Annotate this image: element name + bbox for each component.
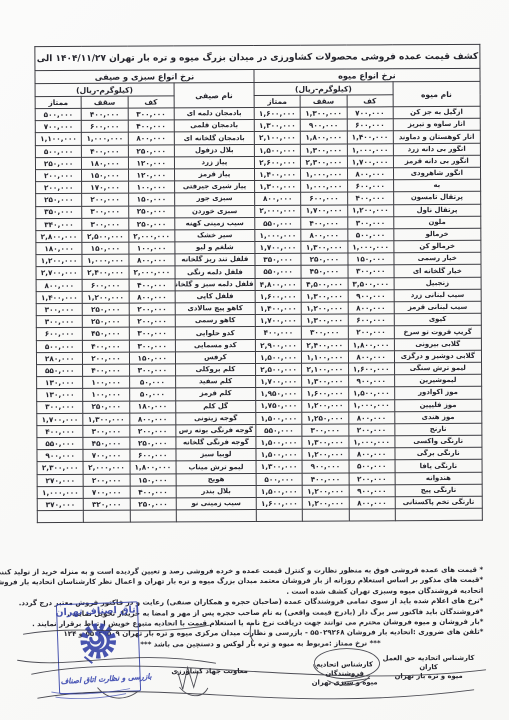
veg-max-cell: ۳۲۰,۰۰۰ xyxy=(84,498,130,510)
column-header-fruit-premium: ممتاز xyxy=(254,95,300,107)
document-title: کشف قیمت عمده فروشی محصولات کشاورزی در م… xyxy=(35,44,480,70)
fruit-max-cell: ۱,۶۰۰,۰۰۰ xyxy=(302,387,348,399)
fruit-min-cell: ۸۰۰,۰۰۰ xyxy=(348,448,394,460)
veg-min-cell: ۲۵۰,۰۰۰ xyxy=(130,437,176,449)
fruit-name-cell: نارنگی برگی xyxy=(395,448,482,461)
fruit-min-cell: ۸۰۰,۰۰۰ xyxy=(348,302,394,314)
veg-premium-cell: ۵۵۰,۰۰۰ xyxy=(37,437,83,449)
veg-premium-cell: ۳۰۰,۰۰۰ xyxy=(36,316,82,328)
fruit-max-cell: ۱,۸۰۰,۰۰۰ xyxy=(301,131,347,143)
veg-name-cell: فلفل دلمه سبز و گلخانه xyxy=(175,278,255,291)
veg-max-cell: ۲۰۰,۰۰۰ xyxy=(82,193,128,205)
veg-premium-cell: ۲۰۰,۰۰۰ xyxy=(35,169,81,181)
fruit-premium-cell: ۱,۵۰۰,۰۰۰ xyxy=(254,144,300,156)
fruit-min-cell: ۱,۰۰۰,۰۰۰ xyxy=(348,436,394,448)
veg-max-cell: ۳۰۰,۰۰۰ xyxy=(82,218,128,230)
veg-min-cell: ۱۵۰,۰۰۰ xyxy=(129,352,175,364)
fruit-premium-cell: ۱,۷۰۰,۰۰۰ xyxy=(255,375,301,387)
veg-min-cell: ۲۰۰,۰۰۰ xyxy=(129,425,175,437)
veg-name-cell: کلم قرمز xyxy=(176,388,256,401)
fruit-min-cell: ۳۰۰,۰۰۰ xyxy=(347,216,393,228)
fruit-name-cell: هندوانه xyxy=(395,472,482,485)
fruit-name-cell: نارنج xyxy=(395,423,482,436)
fruit-premium-cell: ۱,۶۰۰,۰۰۰ xyxy=(255,290,301,302)
signature-block-agriculture-jihad: معاونت جهاد کشاورزی xyxy=(170,667,250,677)
veg-premium-cell: ۶۰۰,۰۰۰ xyxy=(36,328,82,340)
fruit-name-cell: زنجبیل xyxy=(394,277,481,290)
fruit-name-cell: لیموشیرین xyxy=(394,374,481,387)
veg-max-cell: ۴۰۰,۰۰۰ xyxy=(83,340,129,352)
fruit-name-cell: نارنگی پیج xyxy=(395,484,482,497)
veg-premium-cell: ۲,۷۰۰,۰۰۰ xyxy=(36,267,82,279)
veg-premium-cell: ۲,۸۰۰,۰۰۰ xyxy=(36,230,82,242)
veg-max-cell: ۷۰۰,۰۰۰ xyxy=(83,449,129,461)
fruit-premium-cell: ۱,۰۰۰,۰۰۰ xyxy=(255,229,301,241)
veg-min-cell: ۱۰۰,۰۰۰ xyxy=(128,181,174,193)
fruit-name-cell: انار ساوه و تبریز xyxy=(393,119,480,132)
veg-min-cell: ۲,۰۰۰,۰۰۰ xyxy=(129,266,175,278)
fruit-min-cell: ۲۰۰,۰۰۰ xyxy=(348,424,394,436)
veg-min-cell: ۲,۰۰۰,۰۰۰ xyxy=(128,230,174,242)
veg-name-cell: سیر خشک xyxy=(175,229,255,242)
signature-block-commission-agents: کارشناس اتحادیه حق العمل کاران میوه و تر… xyxy=(381,654,477,682)
veg-name-cell: سبزی جور xyxy=(175,193,255,206)
veg-max-cell: ۳۰۰,۰۰۰ xyxy=(82,206,128,218)
veg-max-cell: ۱,۳۰۰,۰۰۰ xyxy=(83,413,129,425)
fruit-max-cell: ۱,۳۰۰,۰۰۰ xyxy=(301,290,347,302)
fruit-min-cell: ۱,۰۰۰,۰۰۰ xyxy=(348,399,394,411)
fruit-min-cell: ۶۰۰,۰۰۰ xyxy=(348,314,394,326)
veg-min-cell: ۲۵۰,۰۰۰ xyxy=(128,205,174,217)
veg-min-cell: ۱۲۰,۰۰۰ xyxy=(128,169,174,181)
fruit-max-cell: ۳۰۰,۰۰۰ xyxy=(302,424,348,436)
fruit-name-cell: گلابی بیرونی xyxy=(394,338,481,351)
veg-max-cell: ۳۰۰,۰۰۰ xyxy=(83,425,129,437)
veg-min-cell: ۵۰,۰۰۰ xyxy=(129,388,175,400)
veg-name-cell: پیاز شیری جیرفتی xyxy=(174,181,254,194)
veg-name-cell: کاهو پیچ سالادی xyxy=(175,302,255,315)
veg-min-cell: ۴۰۰,۰۰۰ xyxy=(128,120,174,132)
signature-label: کارشناس اتحادیه حق العمل کاران xyxy=(381,654,477,673)
veg-max-cell: ۶۰۰,۰۰۰ xyxy=(82,279,128,291)
fruit-max-cell: ۲,۱۰۰,۰۰۰ xyxy=(302,363,348,375)
fruit-min-cell: ۳,۵۰۰,۰۰۰ xyxy=(348,277,394,289)
fruit-premium-cell: ۱,۳۰۰,۰۰۰ xyxy=(254,180,300,192)
fruit-premium-cell: ۵۰۰,۰۰۰ xyxy=(256,473,302,485)
fruit-premium-cell: ۴,۸۰۰,۰۰۰ xyxy=(255,278,301,290)
fruit-max-cell xyxy=(302,509,348,521)
veg-max-cell: ۲,۵۰۰,۰۰۰ xyxy=(82,230,128,242)
veg-name-cell: بادمجان دلمه ای xyxy=(174,107,254,120)
veg-premium-cell: ۹۰۰,۰۰۰ xyxy=(37,450,83,462)
fruit-min-cell: ۱,۰۰۰,۰۰۰ xyxy=(347,241,393,253)
signature-block-sellers-union: کارشناس اتحادیه فروشندگان میوه و سبزی ته… xyxy=(301,660,389,688)
veg-premium-cell: ۲۵۰,۰۰۰ xyxy=(36,194,82,206)
veg-name-cell: بادمجان گلخانه ای xyxy=(174,132,254,145)
fruit-min-cell: ۲۰۰,۰۰۰ xyxy=(349,472,395,484)
fruit-premium-cell: ۱,۵۰۰,۰۰۰ xyxy=(255,351,301,363)
veg-name-cell: هویج xyxy=(176,473,256,486)
fruit-max-cell: ۱,۲۵۰,۰۰۰ xyxy=(302,412,348,424)
fruit-max-cell: ۱,۰۰۰,۰۰۰ xyxy=(301,180,347,192)
veg-premium-cell: ۲۷۰,۰۰۰ xyxy=(37,474,83,486)
veg-name-cell: گوجه فرنگی گلخانه xyxy=(176,437,256,450)
column-header-veg-premium: ممتاز xyxy=(35,96,81,108)
fruit-name-cell: نارنگی یافا xyxy=(395,460,482,473)
fruit-name-cell: گلابی دوشیز و درگزی xyxy=(394,350,481,363)
veg-max-cell: ۴۵۰,۰۰۰ xyxy=(83,328,129,340)
fruit-name-cell: به xyxy=(393,179,480,192)
fruit-min-cell: ۱,۸۰۰,۰۰۰ xyxy=(348,338,394,350)
fruit-premium-cell: ۱,۵۰۰,۰۰۰ xyxy=(256,485,302,497)
fruit-premium-cell: ۱,۵۰۰,۰۰۰ xyxy=(256,449,302,461)
veg-premium-cell: ۵۰۰,۰۰۰ xyxy=(36,340,82,352)
veg-premium-cell: ۴۰۰,۰۰۰ xyxy=(37,425,83,437)
fruit-premium-cell: ۱,۷۵۰,۰۰۰ xyxy=(256,400,302,412)
fruit-name-cell: موز فلیپین xyxy=(395,399,482,412)
veg-name-cell: سیب زمینی کهنه xyxy=(175,217,255,230)
fruit-premium-cell: ۱,۷۰۰,۰۰۰ xyxy=(255,314,301,326)
fruit-max-cell: ۳۰۰,۰۰۰ xyxy=(302,326,348,338)
veg-min-cell: ۳۰۰,۰۰۰ xyxy=(129,364,175,376)
price-table-header: کشف قیمت عمده فروشی محصولات کشاورزی در م… xyxy=(35,44,480,108)
fruit-name-cell: لیمو ترش سنگی xyxy=(394,362,481,375)
fruit-name-cell: موز اکوادور xyxy=(394,387,481,400)
veg-name-cell: فلفل دلمه رنگی xyxy=(175,266,255,279)
fruit-max-cell: ۶۰۰,۰۰۰ xyxy=(301,192,347,204)
fruit-max-cell: ۱,۲۰۰,۰۰۰ xyxy=(302,448,348,460)
veg-min-cell: ۳۰۰,۰۰۰ xyxy=(128,108,174,120)
veg-min-cell: ۱۲۰,۰۰۰ xyxy=(128,157,174,169)
fruit-min-cell: ۱,۶۰۰,۰۰۰ xyxy=(348,363,394,375)
veg-min-cell: ۲۰۰,۰۰۰ xyxy=(129,303,175,315)
veg-name-cell: کاهو رسمی xyxy=(175,315,255,328)
fruit-name-cell: انگور بی دانه زرد xyxy=(393,143,480,156)
fruit-min-cell: ۶۰۰,۰۰۰ xyxy=(347,180,393,192)
fruit-name-cell: کیوی xyxy=(394,314,481,327)
veg-name-cell: لوبیا سبز xyxy=(176,449,256,462)
fruit-min-cell: ۶۰۰,۰۰۰ xyxy=(347,119,393,131)
fruit-max-cell: ۱,۲۰۰,۰۰۰ xyxy=(302,497,348,509)
veg-min-cell: ۱۵۰,۰۰۰ xyxy=(130,474,176,486)
fruit-premium-cell: ۱,۹۵۰,۰۰۰ xyxy=(256,388,302,400)
veg-max-cell: ۲۵۰,۰۰۰ xyxy=(83,315,129,327)
fruit-premium-cell: ۱,۷۰۰,۰۰۰ xyxy=(255,241,301,253)
fruit-min-cell: ۹۰۰,۰۰۰ xyxy=(348,290,394,302)
price-table: کشف قیمت عمده فروشی محصولات کشاورزی در م… xyxy=(34,44,482,524)
veg-name-cell: کلم بروکلی xyxy=(175,363,255,376)
veg-max-cell: ۲۰۰,۰۰۰ xyxy=(83,352,129,364)
fruit-min-cell: ۱,۲۰۰,۰۰۰ xyxy=(347,204,393,216)
fruit-min-cell: ۱,۰۰۰,۰۰۰ xyxy=(347,143,393,155)
fruit-name-cell: انار کوهستان و دماوند xyxy=(393,131,480,144)
veg-min-cell: ۲۰۰,۰۰۰ xyxy=(129,315,175,327)
veg-min-cell: ۴۰۰,۰۰۰ xyxy=(130,486,176,498)
veg-max-cell: ۲۵۰,۰۰۰ xyxy=(83,401,129,413)
veg-name-cell: سبزی خوردن xyxy=(175,205,255,218)
veg-premium-cell: ۵۰۰,۰۰۰ xyxy=(35,145,81,157)
veg-max-cell: ۴۰۰,۰۰۰ xyxy=(82,145,128,157)
fruit-min-cell: ۲۰۰,۰۰۰ xyxy=(348,326,394,338)
veg-name-cell: گل کلم xyxy=(176,400,256,413)
fruit-premium-cell: ۱,۵۰۰,۰۰۰ xyxy=(256,436,302,448)
veg-premium-cell: ۱,۴۰۰,۰۰۰ xyxy=(36,291,82,303)
veg-name-cell: پیاز زرد xyxy=(174,156,254,169)
column-header-veg-name: نام صیفی xyxy=(174,82,254,107)
fruit-premium-cell: ۸۰۰,۰۰۰ xyxy=(255,193,301,205)
fruit-premium-cell: ۵۵۰,۰۰۰ xyxy=(256,424,302,436)
fruit-name-cell: انگور شاهرودی xyxy=(393,167,480,180)
veg-premium-cell: ۵۰۰,۰۰۰ xyxy=(35,108,81,120)
section-header-veg: نرخ انواع سبزی و صیفی xyxy=(35,69,254,83)
unit-label-veg: (کیلوگرم-ریال) xyxy=(35,83,174,97)
veg-max-cell: ۴۰۰,۰۰۰ xyxy=(83,364,129,376)
veg-max-cell: ۱۰۰,۰۰۰ xyxy=(83,388,129,400)
fruit-name-cell: سیب لبنانی زرد xyxy=(394,289,481,302)
veg-premium-cell: ۱,۰۰۰,۰۰۰ xyxy=(37,486,83,498)
veg-max-cell: ۴۰۰,۰۰۰ xyxy=(81,108,127,120)
fruit-max-cell: ۱,۳۰۰,۰۰۰ xyxy=(302,375,348,387)
veg-max-cell: ۱,۲۰۰,۰۰۰ xyxy=(82,291,128,303)
fruit-premium-cell: ۵۵۰,۰۰۰ xyxy=(255,266,301,278)
veg-name-cell: کدو حلوایی xyxy=(175,327,255,340)
veg-premium-cell: ۳۰۰,۰۰۰ xyxy=(36,303,82,315)
veg-max-cell: ۱,۰۰۰,۰۰۰ xyxy=(82,133,128,145)
fruit-name-cell xyxy=(395,508,482,521)
fruit-max-cell: ۲,۳۰۰,۰۰۰ xyxy=(301,156,347,168)
fruit-min-cell: ۱,۴۰۰,۰۰۰ xyxy=(347,131,393,143)
fruit-max-cell: ۸۰۰,۰۰۰ xyxy=(301,229,347,241)
fruit-min-cell: ۱,۷۰۰,۰۰۰ xyxy=(347,156,393,168)
fruit-min-cell: ۴۰۰,۰۰۰ xyxy=(347,192,393,204)
veg-max-cell: ۶۰۰,۰۰۰ xyxy=(82,120,128,132)
veg-max-cell: ۱۵۰,۰۰۰ xyxy=(82,169,128,181)
fruit-max-cell: ۱,۳۰۰,۰۰۰ xyxy=(301,241,347,253)
veg-min-cell: ۳۰۰,۰۰۰ xyxy=(129,339,175,351)
veg-min-cell: ۱,۸۰۰,۰۰۰ xyxy=(130,461,176,473)
fruit-min-cell: ۱,۵۰۰,۰۰۰ xyxy=(348,387,394,399)
veg-name-cell: بلال دزفول xyxy=(174,144,254,157)
signature-label: کارشناس اتحادیه فروشندگان xyxy=(301,660,389,679)
veg-premium-cell: ۳۴۰,۰۰۰ xyxy=(36,218,82,230)
fruit-min-cell: ۸۰۰,۰۰۰ xyxy=(348,351,394,363)
column-header-fruit-name: نام میوه xyxy=(393,81,480,106)
veg-min-cell: ۱۰۰,۰۰۰ xyxy=(128,242,174,254)
veg-name-cell xyxy=(176,510,256,523)
document-body: کشف قیمت عمده فروشی محصولات کشاورزی در م… xyxy=(0,0,509,720)
fruit-max-cell: ۱,۳۰۰,۰۰۰ xyxy=(300,107,346,119)
veg-max-cell: ۱۰۰,۰۰۰ xyxy=(83,376,129,388)
table-row xyxy=(37,508,482,523)
fruit-max-cell: ۱,۱۰۰,۰۰۰ xyxy=(302,351,348,363)
fruit-name-cell: ازگیل به جز کن xyxy=(393,106,480,119)
veg-max-cell: ۴۵۰,۰۰۰ xyxy=(83,437,129,449)
veg-min-cell: ۵۰,۰۰۰ xyxy=(129,376,175,388)
fruit-max-cell: ۱,۲۰۰,۰۰۰ xyxy=(301,302,347,314)
fruit-max-cell: ۱,۳۰۰,۰۰۰ xyxy=(301,144,347,156)
veg-max-cell: ۱۸۰,۰۰۰ xyxy=(82,157,128,169)
veg-min-cell: ۲۵۰,۰۰۰ xyxy=(130,498,176,510)
column-header-fruit-min: کف xyxy=(347,95,393,107)
fruit-max-cell: ۱,۲۰۰,۰۰۰ xyxy=(302,400,348,412)
fruit-name-cell: خیار گلخانه ای xyxy=(394,265,481,278)
veg-min-cell: ۸۰۰,۰۰۰ xyxy=(129,254,175,266)
fruit-min-cell: ۵۰۰,۰۰۰ xyxy=(349,460,395,472)
veg-min-cell: ۱۸۰,۰۰۰ xyxy=(129,400,175,412)
fruit-max-cell: ۱,۳۰۰,۰۰۰ xyxy=(301,314,347,326)
veg-premium-cell: ۱۸۰,۰۰۰ xyxy=(36,242,82,254)
veg-premium-cell: ۳۷۰,۰۰۰ xyxy=(37,498,83,510)
veg-premium-cell: ۱۳۰,۰۰۰ xyxy=(37,389,83,401)
gear-logo-icon xyxy=(74,616,122,668)
veg-max-cell: ۱,۰۰۰,۰۰۰ xyxy=(82,254,128,266)
fruit-premium-cell: ۲,۱۰۰,۰۰۰ xyxy=(254,132,300,144)
veg-premium-cell: ۷۰۰,۰۰۰ xyxy=(35,121,81,133)
fruit-max-cell: ۴,۵۰۰,۰۰۰ xyxy=(301,278,347,290)
fruit-name-cell: خرمالو xyxy=(394,228,481,241)
column-header-veg-min: کف xyxy=(128,96,174,108)
fruit-max-cell: ۹۰۰,۰۰۰ xyxy=(300,119,346,131)
signature-label: معاونت جهاد کشاورزی xyxy=(170,667,250,677)
veg-max-cell: ۲,۰۰۰,۰۰۰ xyxy=(83,462,129,474)
fruit-min-cell: ۸۰۰,۰۰۰ xyxy=(347,168,393,180)
fruit-name-cell: موز هندی xyxy=(395,411,482,424)
fruit-premium-cell: ۱,۵۰۰,۰۰۰ xyxy=(256,412,302,424)
column-header-fruit-max: سقف xyxy=(300,95,346,107)
fruit-premium-cell: ۱,۳۰۰,۰۰۰ xyxy=(256,461,302,473)
veg-max-cell: ۲۵۰,۰۰۰ xyxy=(83,303,129,315)
fruit-premium-cell: ۲,۵۰۰,۰۰۰ xyxy=(255,363,301,375)
fruit-premium-cell: ۵۵۰,۰۰۰ xyxy=(255,217,301,229)
fruit-min-cell: ۷۰۰,۰۰۰ xyxy=(347,107,393,119)
veg-name-cell: بادمجان قلمی xyxy=(174,120,254,133)
veg-premium-cell: ۲۰۰,۰۰۰ xyxy=(36,182,82,194)
veg-name-cell: سیب زمینی نو xyxy=(176,497,256,510)
fruit-min-cell: ۸۰۰,۰۰۰ xyxy=(349,497,395,509)
veg-premium-cell: ۱,۷۰۰,۰۰۰ xyxy=(37,413,83,425)
veg-premium-cell: ۳۵۰,۰۰۰ xyxy=(36,206,82,218)
veg-min-cell: ۶۰۰,۰۰۰ xyxy=(130,449,176,461)
veg-min-cell: ۸۰۰,۰۰۰ xyxy=(129,413,175,425)
fruit-premium-cell: ۱,۶۰۰,۰۰۰ xyxy=(254,107,300,119)
veg-premium-cell: ۱۳۰,۰۰۰ xyxy=(37,377,83,389)
veg-name-cell: گوجه فرنگی بوته رس xyxy=(176,424,256,437)
fruit-premium-cell: ۱,۴۰۰,۰۰۰ xyxy=(255,302,301,314)
veg-premium-cell: ۲,۳۰۰,۰۰۰ xyxy=(37,462,83,474)
veg-premium-cell: ۲۸۰,۰۰۰ xyxy=(36,352,82,364)
fruit-name-cell: گریپ فروت تو سرخ xyxy=(394,326,481,339)
veg-premium-cell: ۸۰۰,۰۰۰ xyxy=(36,279,82,291)
veg-min-cell: ۱۵۰,۰۰۰ xyxy=(128,193,174,205)
veg-name-cell: گوجه زیتونی xyxy=(176,412,256,425)
fruit-name-cell: پرتقال ناول xyxy=(393,204,480,217)
veg-name-cell: کدو مسمایی xyxy=(175,339,255,352)
veg-min-cell: ۸۰۰,۰۰۰ xyxy=(128,132,174,144)
fruit-min-cell xyxy=(349,509,395,521)
fruit-name-cell: انگور بی دانه قرمز xyxy=(393,155,480,168)
section-header-fruit: نرخ انواع میوه xyxy=(254,68,480,82)
fruit-premium-cell: ۳۵۰,۰۰۰ xyxy=(255,254,301,266)
veg-min-cell xyxy=(130,510,176,522)
fruit-premium-cell: ۴۰۰,۰۰۰ xyxy=(255,327,301,339)
veg-max-cell: ۲۰۰,۰۰۰ xyxy=(83,474,129,486)
veg-min-cell: ۴۰۰,۰۰۰ xyxy=(129,279,175,291)
veg-name-cell: کرفس xyxy=(175,351,255,364)
fruit-premium-cell: ۱,۶۰۰,۰۰۰ xyxy=(256,497,302,509)
fruit-min-cell: ۹۰۰,۰۰۰ xyxy=(349,485,395,497)
veg-name-cell: فلفل کاپی xyxy=(175,290,255,303)
veg-premium-cell xyxy=(37,511,83,523)
veg-name-cell: کلم سفید xyxy=(175,376,255,389)
fruit-max-cell: ۹۰۰,۰۰۰ xyxy=(302,460,348,472)
scanned-document-page: کشف قیمت عمده فروشی محصولات کشاورزی در م… xyxy=(0,0,509,720)
fruit-premium-cell: ۲,۶۰۰,۰۰۰ xyxy=(254,156,300,168)
veg-max-cell: ۱۷۰,۰۰۰ xyxy=(82,181,128,193)
fruit-max-cell: ۴۰۰,۰۰۰ xyxy=(302,473,348,485)
veg-premium-cell: ۱,۱۰۰,۰۰۰ xyxy=(35,133,81,145)
signature-label: میوه و سبزی تهران xyxy=(301,679,389,689)
fruit-min-cell: ۵۰۰,۰۰۰ xyxy=(347,229,393,241)
fruit-premium-cell: ۱,۳۰۰,۰۰۰ xyxy=(254,119,300,131)
fruit-name-cell: خرمالو کن xyxy=(394,240,481,253)
veg-min-cell: ۲۵۰,۰۰۰ xyxy=(128,218,174,230)
fruit-max-cell: ۱,۷۰۰,۰۰۰ xyxy=(301,205,347,217)
fruit-max-cell: ۱,۳۰۰,۰۰۰ xyxy=(302,436,348,448)
fruit-max-cell: ۲۵۰,۰۰۰ xyxy=(301,253,347,265)
fruit-max-cell: ۲,۴۰۰,۰۰۰ xyxy=(302,339,348,351)
fruit-max-cell: ۱,۰۰۰,۰۰۰ xyxy=(301,168,347,180)
veg-min-cell: ۸۰۰,۰۰۰ xyxy=(129,291,175,303)
signature-label: میوه و تره بار تهران xyxy=(381,672,477,682)
fruit-name-cell: خیار رسمی xyxy=(394,253,481,266)
fruit-name-cell: نارنگی واکسی xyxy=(395,435,482,448)
veg-min-cell: ۳۰۰,۰۰۰ xyxy=(129,327,175,339)
veg-name-cell: پیاز قرمز xyxy=(174,168,254,181)
price-table-body: ازگیل به جز کن ۷۰۰,۰۰۰ ۱,۳۰۰,۰۰۰ ۱,۶۰۰,۰… xyxy=(35,106,482,523)
fruit-name-cell: پرتقال تامسون xyxy=(393,192,480,205)
fruit-name-cell: سیب لبنانی قرمز xyxy=(394,301,481,314)
fruit-name-cell: ملون xyxy=(394,216,481,229)
unit-label-fruit: (کیلوگرم-ریال) xyxy=(254,82,393,96)
fruit-premium-cell: ۱,۴۰۰,۰۰۰ xyxy=(254,168,300,180)
fruit-min-cell: ۸۰۰,۰۰۰ xyxy=(348,411,394,423)
veg-max-cell xyxy=(84,510,130,522)
veg-name-cell: فلفل تند ریز گلخانه xyxy=(175,254,255,267)
veg-min-cell: ۲۵۰,۰۰۰ xyxy=(128,144,174,156)
veg-max-cell: ۷۰۰,۰۰۰ xyxy=(83,486,129,498)
fruit-min-cell: ۱۵۰,۰۰۰ xyxy=(347,253,393,265)
fruit-name-cell: نارنگی تخم پاکستانی xyxy=(395,496,482,509)
veg-name-cell: بلال بندر xyxy=(176,485,256,498)
fruit-max-cell: ۴۵۰,۰۰۰ xyxy=(301,265,347,277)
veg-premium-cell: ۲۵۰,۰۰۰ xyxy=(35,157,81,169)
veg-name-cell: لیمو ترش میناب xyxy=(176,461,256,474)
fruit-min-cell: ۹۰۰,۰۰۰ xyxy=(348,375,394,387)
veg-max-cell: ۱۵۰,۰۰۰ xyxy=(82,242,128,254)
fruit-min-cell: ۳۰۰,۰۰۰ xyxy=(348,265,394,277)
veg-premium-cell: ۵۵۰,۰۰۰ xyxy=(37,364,83,376)
fruit-premium-cell: ۲,۰۰۰,۰۰۰ xyxy=(255,205,301,217)
veg-name-cell: شلغم و لبو xyxy=(175,242,255,255)
fruit-premium-cell xyxy=(256,509,302,521)
veg-premium-cell: ۳۰۰,۰۰۰ xyxy=(37,401,83,413)
fruit-max-cell: ۱,۲۰۰,۰۰۰ xyxy=(302,485,348,497)
veg-max-cell: ۲,۴۰۰,۰۰۰ xyxy=(82,267,128,279)
column-header-veg-max: سقف xyxy=(81,96,127,108)
fruit-max-cell: ۴۰۰,۰۰۰ xyxy=(301,217,347,229)
veg-premium-cell: ۱,۲۰۰,۰۰۰ xyxy=(36,255,82,267)
fruit-premium-cell: ۲,۹۰۰,۰۰۰ xyxy=(255,339,301,351)
